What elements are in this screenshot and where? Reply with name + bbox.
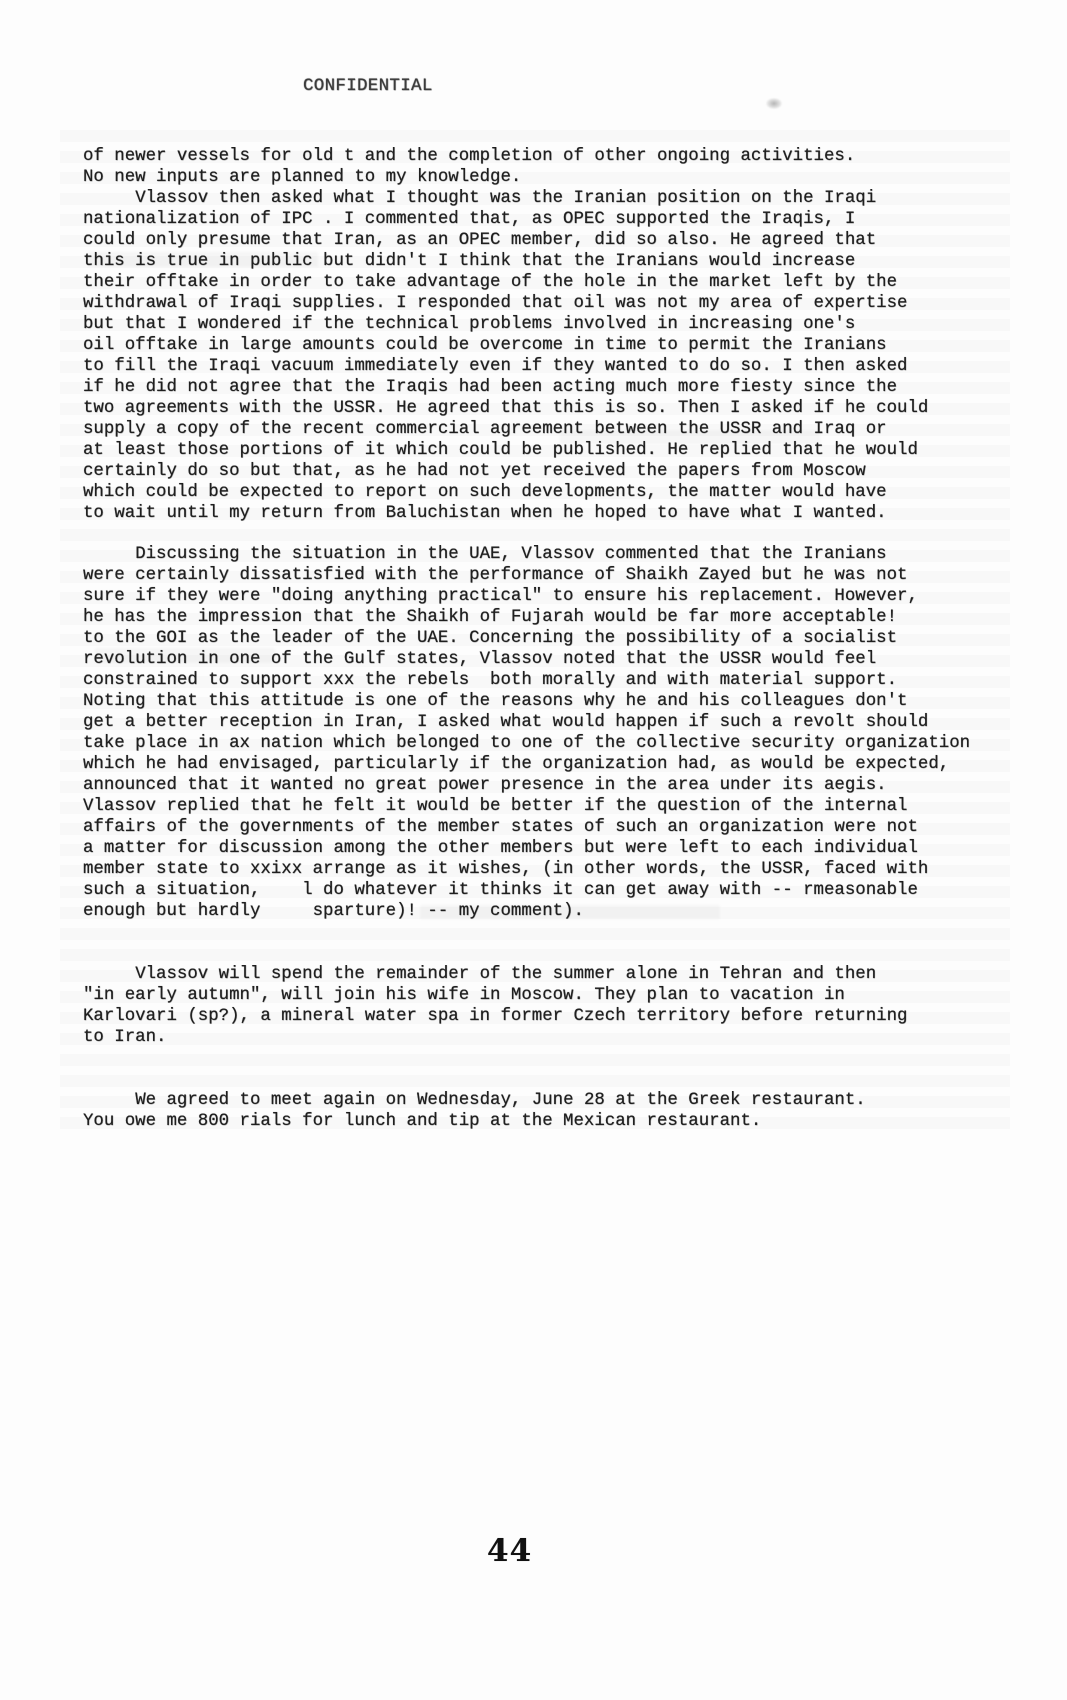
document-body: of newer vessels for old t and the compl… (83, 146, 998, 1132)
classification-header: CONFIDENTIAL (303, 76, 433, 96)
paragraph-uae-situation: Discussing the situation in the UAE, Vla… (83, 544, 998, 922)
paragraph-continuation: of newer vessels for old t and the compl… (83, 146, 998, 188)
scan-smudge (766, 98, 782, 109)
paragraph-iraqi-nationalization: Vlassov then asked what I thought was th… (83, 188, 998, 524)
scanned-document-page: CONFIDENTIAL of newer vessels for old t … (0, 0, 1067, 1700)
page-number: 44 (487, 1533, 532, 1569)
paragraph-summer-plans: Vlassov will spend the remainder of the … (83, 964, 998, 1048)
paragraph-next-meeting: We agreed to meet again on Wednesday, Ju… (83, 1090, 998, 1132)
